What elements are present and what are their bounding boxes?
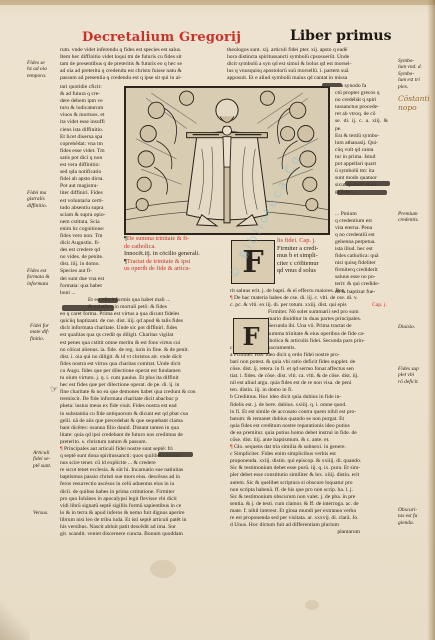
text-line: c Simpliciter. Fides enim simplicibus ve…	[230, 451, 390, 458]
text-line: fides esse videt. Tm	[60, 148, 120, 155]
paragraph-mark-line: ¶ Principales aut articuli fidei nostre …	[60, 446, 220, 453]
text-line: tussanctus procede-	[335, 104, 388, 111]
text-line: de ea premitur. quia potius homo debet i…	[230, 430, 390, 437]
text-line: mate. f. nihil interest. Et glosa mundi …	[230, 508, 390, 515]
text-line: fides vero non. Tm	[60, 233, 120, 240]
text-line: re sicut tenet ecclesia. & sūt hi. Incar…	[60, 467, 220, 474]
margin-note-right: Premium credentis.	[398, 211, 419, 224]
redacted-gap	[335, 197, 388, 211]
rubric-line: Innocēt.iij. in cōcilio generali.	[124, 250, 224, 258]
text-line: q septē sunt dona spiritussancti: quos q…	[60, 453, 220, 460]
text-line: pler debet esse constitutio similiter & …	[230, 472, 390, 479]
text-line: quia fides est creditum nostre reparatio…	[230, 423, 390, 430]
text-line: q no credentiū est	[335, 232, 388, 239]
text-line: Species aut fi-	[60, 268, 120, 275]
text-line: no cōicat alienus. ia. fide. de reg. iur…	[60, 347, 220, 354]
text-line: ū symbolū tm: ita	[335, 168, 388, 175]
left-column-body: Et est alia informis qua habet mali ... …	[60, 297, 220, 538]
text-line: tur in prima. Istud	[335, 154, 388, 161]
text-line: saluus esse no po-	[335, 274, 388, 281]
text-line: Firmiter a credi-	[277, 245, 335, 253]
text-line: ista illud. hec est	[335, 246, 388, 253]
decorated-initial-f-gloss: F	[233, 318, 269, 354]
text-line: feros resurrectio ascēsus in celū aduent…	[60, 481, 220, 488]
redaction-mark	[158, 452, 193, 457]
chapter-rubric: lis fidei. Cap. j.	[277, 237, 335, 245]
text-line: Sic & testimonium obscurum non valet. j.…	[230, 494, 390, 501]
woodcut-caption-rubric: ¶De summa trinitate & fi- de catholica. …	[124, 235, 224, 273]
margin-note-left: Articuli fidei se- ptē sunt.	[33, 450, 51, 469]
text-line: De hac materia habes de cse. di. iij. c.…	[234, 295, 358, 301]
text-line: des est credere qd	[60, 247, 120, 254]
left-column-top: rum. vnde videt inferendu q fides est sp…	[60, 47, 220, 82]
paragraph-mark-line: ¶ Glo. sequens dat tria similia & subnex…	[230, 444, 390, 451]
text-line: nem cstituta. Scia	[60, 219, 120, 226]
text-line: dicit Augustin. fi-	[60, 240, 120, 247]
text-line: satis pot dici q non	[60, 155, 120, 162]
rubric-line: us operib de fide & articu-	[124, 265, 224, 273]
redaction-mark	[322, 83, 342, 87]
text-line: lo & in terra & apud inferos & nemo fuit…	[60, 510, 220, 517]
text-line: se. di. ij. c. a. xiij. & pe.	[335, 118, 388, 132]
text-line: bant dicētes: osanna filio dauid. Distan…	[60, 425, 220, 432]
text-line: batum: & remanet dubius quando se non pu…	[230, 416, 390, 423]
rubric-line: ¶Tractat de trinitate & ipsi	[124, 258, 224, 266]
text-line: qd vnus d solus	[277, 267, 335, 275]
margin-note-right: Fides sup plet vbi rō deficit.	[398, 366, 419, 385]
page-top-edge	[0, 0, 435, 5]
text-line: mus b et simpli-	[277, 252, 335, 260]
text-line: & ad futura q cre-	[60, 91, 120, 98]
redaction-mark	[98, 298, 118, 303]
manicule-icon: ☞	[50, 386, 58, 392]
text-line: no vides. de penite.	[60, 254, 120, 261]
rubric-line: ¶De summa trinitate & fi-	[124, 235, 224, 243]
text-line: pot appellari quart	[335, 161, 388, 168]
text-line: pro quo Iohānes in apocalypsi legit flev…	[60, 496, 220, 503]
text-line: Principales aut articuli fidei nostre su…	[64, 446, 173, 452]
text-line: liter diffiniri. Fides	[60, 190, 120, 197]
text-line: Est & tertiū symbo-	[335, 133, 388, 140]
text-line: Firmiter. Nō solet summarii sed pro sum	[230, 309, 390, 316]
text-line: dicit informata charitate. Unde sic pot …	[60, 325, 220, 332]
text-line: est penes qua cstitit omne meritu & est …	[60, 340, 220, 347]
text-line: hora distincta spiritussancti symbolū cp…	[227, 54, 409, 61]
text-line: cūq vult qd canta	[335, 147, 388, 154]
text-line: proponenda. xxiij. distin. qui episcop. …	[230, 458, 390, 465]
text-line: boni ...	[60, 290, 120, 297]
text-line: ... Pmium	[335, 211, 388, 218]
text-line: fidelis est. j. de here. dubius. xxiiij.…	[230, 402, 390, 409]
text-line: no credebāt q spiri	[335, 97, 388, 104]
left-narrow-column: tari quotidie cficit: & ad futura q cre-…	[60, 84, 120, 297]
text-line: b Credimus. Hoc ideo dicit quia dubius i…	[230, 394, 390, 401]
text-line: vita eterna. Pena	[335, 225, 388, 232]
redaction-mark	[62, 305, 114, 311]
text-line: sentia. & j. de testi. cum clamor. & ff.…	[230, 501, 390, 508]
text-line: non scripta habenā. ff. de his que pro n…	[230, 487, 390, 494]
text-line: preterito. s. christum natum & passum.	[60, 439, 220, 446]
margin-note-right: Obscuri- tas est fu gienda.	[398, 507, 417, 526]
margin-note-left: Fides est formata & informata	[27, 268, 50, 287]
text-line: ... a synodo fa	[335, 83, 388, 90]
text-line: pheta: iustus meus ex fide viuit. Fides …	[60, 403, 220, 410]
text-line: theologos sunt. xij. articuli fidei pter…	[227, 47, 409, 54]
text-line: enim hz cognitione:	[60, 226, 120, 233]
text-line: coprehēdat: vna tm	[60, 141, 120, 148]
text-line: turu & iudicaturum	[60, 105, 120, 112]
handwritten-annotation: Cōstanti nopo	[398, 94, 435, 112]
text-line: nus scire tenet. cū id explicite ... & c…	[60, 460, 220, 467]
text-line: dere debem ipm ve	[60, 98, 120, 105]
right-column-top: theologos sunt. xij. articuli fidei pter…	[227, 47, 409, 82]
text-line: librum nisi leo de tribu iuda. Et isti s…	[60, 517, 220, 524]
paper-stain	[150, 560, 176, 578]
text-line: git. scandit. veniet discernere cuncta. …	[60, 531, 220, 538]
text-line: c. pc. & vlti. ex iij. di. per totum. xx…	[230, 302, 390, 309]
text-line: ciens ista diffinitio.	[60, 127, 120, 134]
text-line: fidei ab apsto dicta.	[60, 176, 120, 183]
text-line: cu Augu. fides que per dilectione operat…	[60, 368, 220, 375]
text-line: dicii. de quibus habes in prima cstituti…	[60, 489, 220, 496]
text-line: litate: quia qd ipsi credebant de futuro…	[60, 432, 220, 439]
text-line: q credentium est	[335, 218, 388, 225]
running-head-left: Decretalium Gregorij	[82, 30, 241, 45]
text-line: est voluntaria certi-	[60, 198, 120, 205]
text-line: gehenna perpetua.	[335, 239, 388, 246]
paper-stain	[305, 600, 319, 610]
text-line: dei sunt due vna est	[60, 276, 120, 283]
text-line: ctū propter grecos q	[335, 90, 388, 97]
text-line: tudo absentiu supra	[60, 205, 120, 212]
text-line: apposuit. Et e aliud symbolū maius qd ca…	[227, 75, 409, 82]
text-line: rit saluus erit. j. de bapti. & eī effec…	[230, 288, 390, 295]
margin-note-right: Symbo- lum vnd. d. Symbo- lum est tri pl…	[398, 58, 422, 90]
text-line: autem. Sic & quelibet scriptura si obscu…	[230, 480, 390, 487]
margin-note-left: Fidei ma gistralis diffinitio.	[27, 190, 47, 209]
text-line: citer c cōfitemur	[277, 260, 335, 268]
redaction-mark	[337, 190, 387, 195]
text-line: Et licet diuersa spa	[60, 134, 120, 141]
corner-shadow	[0, 600, 30, 640]
text-line: est qualitas qua qs credit qs diligit. C…	[60, 332, 220, 339]
text-line: plantarum	[230, 529, 390, 536]
text-line: passum ad presentia q credendu est q ips…	[60, 75, 220, 82]
text-line: ita videt esse insuffi	[60, 119, 120, 126]
text-line: firmiterq crediderit	[335, 267, 388, 274]
text-line: lus q vnusquisq apostolorū suū morsellū.…	[227, 68, 409, 75]
rubric-line: de catholica.	[124, 243, 224, 251]
text-line: in substantia cu fide antiquorum & dicun…	[60, 411, 220, 418]
text-line: in fi. Et est simile de accusato contra …	[230, 409, 390, 416]
text-line: d Unus. Hoc dictum fuit ad differentiam …	[230, 522, 390, 529]
text-line: ret ab vtroq. de cō	[335, 111, 388, 118]
text-line: lum athanasij. Qui-	[335, 140, 388, 147]
text-line: gelii. nā de aiis que precedebat & que s…	[60, 418, 220, 425]
redaction-mark	[345, 181, 390, 186]
text-line: ad oia ad preterita q credendu est chris…	[60, 68, 220, 75]
text-line: sciam & supra opio-	[60, 212, 120, 219]
text-line: fides nostra est virtus qua charitas com…	[60, 361, 220, 368]
margin-note-left: Fides se hz ad oia tempora.	[27, 60, 47, 79]
margin-note-left: Fidei for mate dif- finitio.	[30, 323, 49, 342]
text-line: vidi librū signatū septē sigillis formū …	[60, 503, 220, 510]
page-sheet: Decretalium Gregorij Liber primus rum. v…	[0, 0, 435, 640]
paragraph-mark-line: ¶ De hac materia habes de cse. di. iij. …	[230, 295, 390, 302]
text-line: formata: qua habet	[60, 283, 120, 290]
text-line: Sic & testimonium debet esse purū. iij. …	[230, 465, 390, 472]
text-line: bari non potest. & quia vbi ratio defici…	[230, 359, 390, 366]
text-line: dicit symbolū a syn qd est simul & bolus…	[227, 61, 409, 68]
text-line: cōse. dist. iiij. ante baptismum. & c. a…	[230, 437, 390, 444]
gloss-rubric: Cap. j.	[372, 302, 387, 310]
running-head-right: Liber primus	[290, 28, 391, 44]
text-line: his versibus. Nascit abluit patit descēd…	[60, 524, 220, 531]
text-line: Glo. sequens dat tria similia & subnexi.…	[234, 444, 346, 450]
text-line: dist. i. oia qui no diligit. & id vt chr…	[60, 354, 220, 361]
margin-note-right: Diuisio.	[398, 324, 415, 330]
margin-note-left: Versus.	[33, 510, 48, 516]
first-text-block: lis fidei. Cap. j. Firmiter a credi- mus…	[277, 237, 335, 275]
